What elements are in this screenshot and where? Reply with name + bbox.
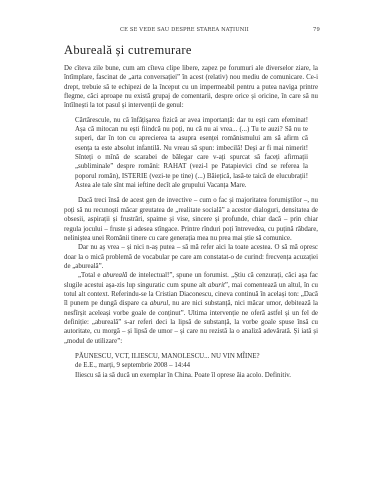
citation-title: PĂUNESCU, VCT, ILIESCU, MANOLESCU... NU … [75, 352, 318, 361]
paragraph: Dar nu aș vrea – și nici n-aș putea – să… [64, 243, 318, 271]
section-heading: Abureală și cutremurare [64, 43, 192, 58]
emphasis: aburul [150, 300, 168, 307]
emphasis: abureală [103, 272, 128, 279]
emphasis: aburit [208, 282, 225, 289]
block-quote: Cărtărescule, nu că înfățișarea fizică a… [75, 116, 308, 191]
text-run: „Total e [78, 272, 103, 279]
paragraph: Dacă treci însă de acest gen de invectiv… [64, 196, 318, 243]
running-head-title: CE SE VEDE SAU DESPRE STAREA NAȚIUNII [120, 27, 249, 33]
paragraph-intro: De cîteva zile bune, cum am cîteva clipe… [64, 64, 318, 111]
citation-byline: de E.E., marți, 9 septembrie 2008 – 14:4… [75, 361, 318, 370]
paragraph: „Total e abureală de intelectual!”, spun… [64, 271, 318, 346]
page-number: 79 [313, 27, 320, 33]
body-text: De cîteva zile bune, cum am cîteva clipe… [64, 64, 318, 380]
forum-citation: PĂUNESCU, VCT, ILIESCU, MANOLESCU... NU … [75, 352, 318, 380]
citation-text: Iliescu să ia să ducă un exemplar în Chi… [75, 371, 318, 380]
